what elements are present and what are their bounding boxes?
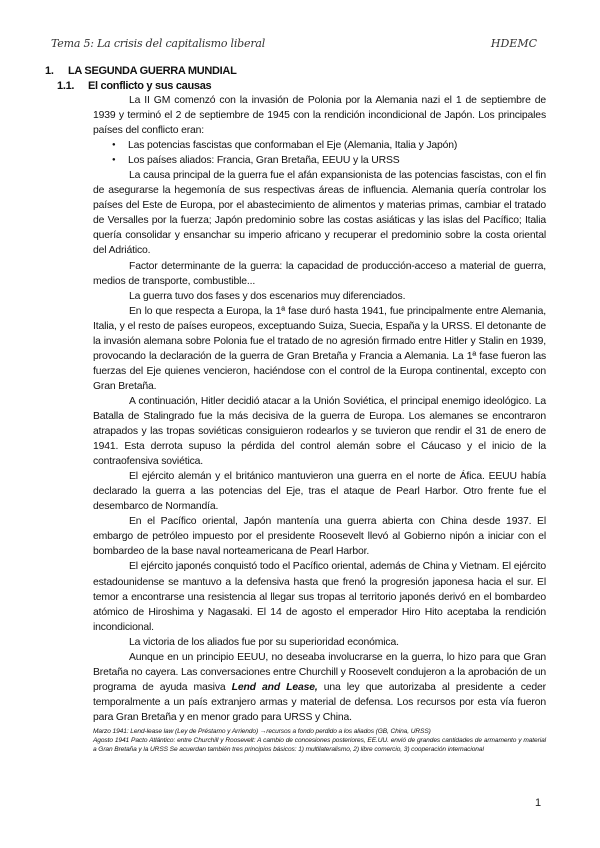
subsection-heading: 1.1.El conflicto y sus causas <box>57 80 211 92</box>
paragraph-north-africa: El ejército alemán y el británico mantuv… <box>93 469 546 514</box>
lend-lease-emphasis: Lend and Lease, <box>232 682 318 693</box>
paragraph-lend-lease: Aunque en un principio EEUU, no deseaba … <box>93 650 546 725</box>
paragraph-intro: La II GM comenzó con la invasión de Polo… <box>93 93 546 138</box>
subsection-title: El conflicto y sus causas <box>88 80 211 92</box>
bullet-item-axis: Las potencias fascistas que conformaban … <box>128 138 546 153</box>
header-course-code: HDEMC <box>491 37 537 50</box>
subsection-number: 1.1. <box>57 80 88 92</box>
paragraph-causes: La causa principal de la guerra fue el a… <box>93 168 546 258</box>
page-number: 1 <box>535 797 541 809</box>
paragraph-europe-first-phase: En lo que respecta a Europa, la 1ª fase … <box>93 304 546 394</box>
bullet-item-allies: Los países aliados: Francia, Gran Bretañ… <box>128 153 546 168</box>
document-body: La II GM comenzó con la invasión de Polo… <box>93 93 546 725</box>
header-topic-title: Tema 5: La crisis del capitalismo libera… <box>51 37 265 50</box>
section-number: 1. <box>45 65 68 77</box>
paragraph-japan-conquest: El ejército japonés conquistó todo el Pa… <box>93 559 546 634</box>
bullet-list-countries: Las potencias fascistas que conformaban … <box>93 138 546 168</box>
section-title: LA SEGUNDA GUERRA MUNDIAL <box>68 65 237 77</box>
paragraph-pacific: En el Pacífico oriental, Japón mantenía … <box>93 514 546 559</box>
footnote-atlantic-charter: Agosto 1941 Pacto Atlántico: entre Churc… <box>93 736 546 754</box>
paragraph-determinant-factor: Factor determinante de la guerra: la cap… <box>93 259 546 289</box>
paragraph-two-phases: La guerra tuvo dos fases y dos escenario… <box>93 289 546 304</box>
footnote-block: Marzo 1941: Lend-lease law (Ley de Prést… <box>93 727 546 754</box>
paragraph-soviet-union: A continuación, Hitler decidió atacar a … <box>93 394 546 469</box>
paragraph-allied-victory: La victoria de los aliados fue por su su… <box>93 635 546 650</box>
footnote-lend-lease-law: Marzo 1941: Lend-lease law (Ley de Prést… <box>93 727 546 736</box>
section-heading: 1.LA SEGUNDA GUERRA MUNDIAL <box>45 65 237 77</box>
page-header: Tema 5: La crisis del capitalismo libera… <box>51 37 537 53</box>
